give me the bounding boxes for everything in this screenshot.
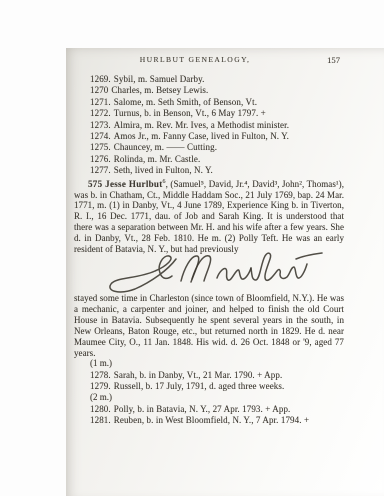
child-entry: 1277.Seth, lived in Fulton, N. Y. xyxy=(90,165,344,176)
entry-text: Reuben, b. in West Bloomfield, N. Y., 7 … xyxy=(114,415,309,425)
entry-text: Polly, b. in Batavia, N. Y., 27 Apr. 179… xyxy=(114,404,291,414)
entry-number: 1271. xyxy=(90,97,111,107)
entry-number: 1277. xyxy=(90,165,111,175)
person-entry-575: 575 Jesse Hurlbut6, (Samuel⁵, David, Jr.… xyxy=(74,179,344,255)
entry-text: Almira, m. Rev. Mr. Ives, a Methodist mi… xyxy=(114,120,289,130)
entry-text: Rolinda, m. Mr. Castle. xyxy=(114,154,201,164)
signature-row xyxy=(102,251,344,295)
person-entry-body: , (Samuel⁵, David, Jr.⁴, David³, John², … xyxy=(74,179,344,254)
entry-text: Sybil, m. Samuel Darby. xyxy=(114,74,205,84)
book-title: HURLBUT GENEALOGY, xyxy=(60,55,330,64)
entry-number: 1281. xyxy=(90,415,111,425)
entry-number: 1278. xyxy=(90,370,111,380)
child-entry: 1280.Polly, b. in Batavia, N. Y., 27 Apr… xyxy=(90,404,344,415)
entry-number: 1272. xyxy=(90,108,111,118)
child-entry: 1275.Chauncey, m. —— Cutting. xyxy=(90,142,344,153)
jesse-hurlbut-signature-image xyxy=(102,251,334,295)
entry-number: 1279. xyxy=(90,381,111,391)
marriage-group-label: (1 m.) xyxy=(90,358,344,369)
marriage-group-label: (2 m.) xyxy=(90,392,344,403)
child-entry: 1279.Russell, b. 17 July, 1791, d. aged … xyxy=(90,381,344,392)
entry-text: Amos Jr., m. Fanny Case, lived in Fulton… xyxy=(114,131,289,141)
entry-number: 1276. xyxy=(90,154,111,164)
running-header: HURLBUT GENEALOGY, 157 xyxy=(74,55,344,67)
biography-paragraph: stayed some time in Charleston (since to… xyxy=(74,293,344,358)
person-heading: 575 Jesse Hurlbut xyxy=(88,179,163,189)
entry-number: 1269. xyxy=(90,74,111,84)
child-entry: 1271.Salome, m. Seth Smith, of Benson, V… xyxy=(90,97,344,108)
page-content: HURLBUT GENEALOGY, 157 1269.Sybil, m. Sa… xyxy=(66,48,384,426)
children-of-575: (1 m.) 1278.Sarah, b. in Danby, Vt., 21 … xyxy=(74,358,344,426)
entry-text: Chauncey, m. —— Cutting. xyxy=(114,142,217,152)
entry-text: Sarah, b. in Danby, Vt., 21 Mar. 1790. +… xyxy=(114,370,283,380)
child-entry: 1272.Turnus, b. in Benson, Vt., 6 May 17… xyxy=(90,108,344,119)
child-entry: 1281.Reuben, b. in West Bloomfield, N. Y… xyxy=(90,415,344,426)
entry-text: Turnus, b. in Benson, Vt., 6 May 1797. + xyxy=(114,108,266,118)
child-entry: 1276.Rolinda, m. Mr. Castle. xyxy=(90,154,344,165)
entry-number: 1270 xyxy=(90,85,108,95)
entry-text: Seth, lived in Fulton, N. Y. xyxy=(114,165,213,175)
paper-sheet: HURLBUT GENEALOGY, 157 1269.Sybil, m. Sa… xyxy=(66,48,384,496)
child-entry: 1270Charles, m. Betsey Lewis. xyxy=(90,85,344,96)
children-list-previous-family: 1269.Sybil, m. Samuel Darby. 1270Charles… xyxy=(74,74,344,177)
entry-number: 1280. xyxy=(90,404,111,414)
child-entry: 1273.Almira, m. Rev. Mr. Ives, a Methodi… xyxy=(90,120,344,131)
entry-number: 1275. xyxy=(90,142,111,152)
entry-text: Charles, m. Betsey Lewis. xyxy=(111,85,208,95)
child-entry: 1278.Sarah, b. in Danby, Vt., 21 Mar. 17… xyxy=(90,370,344,381)
scanned-book-page: HURLBUT GENEALOGY, 157 1269.Sybil, m. Sa… xyxy=(0,0,384,496)
entry-number: 1273. xyxy=(90,120,111,130)
entry-text: Russell, b. 17 July, 1791, d. aged three… xyxy=(114,381,285,391)
entry-number: 1274. xyxy=(90,131,111,141)
page-number: 157 xyxy=(327,55,340,65)
child-entry: 1269.Sybil, m. Samuel Darby. xyxy=(90,74,344,85)
child-entry: 1274.Amos Jr., m. Fanny Case, lived in F… xyxy=(90,131,344,142)
entry-text: Salome, m. Seth Smith, of Benson, Vt. xyxy=(114,97,257,107)
